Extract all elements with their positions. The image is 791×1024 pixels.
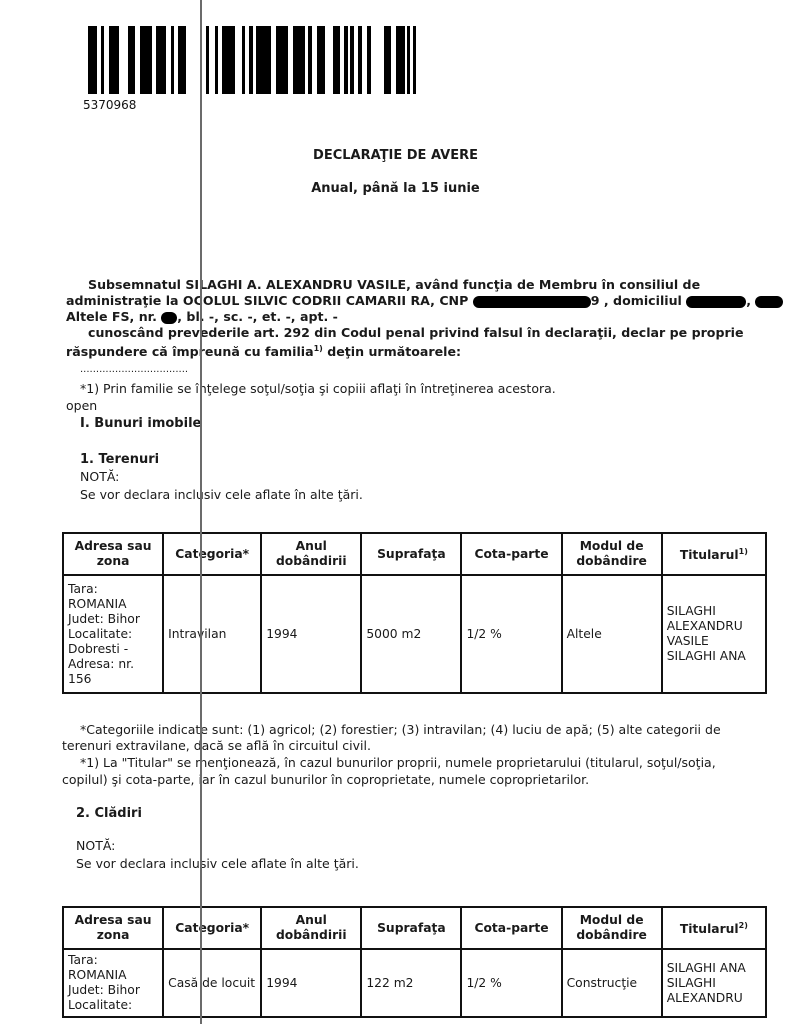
col-header-acquisition-mode: Modul de dobândire [562,907,662,949]
cell-acquisition-mode: Altele [562,575,662,693]
cell-category: Casă de locuit [163,949,261,1017]
document-title: DECLARAŢIE DE AVERE [0,148,791,163]
declaration-intro: Subsemnatul SILAGHI A. ALEXANDRU VASILE,… [66,277,746,360]
footnote-categories-2: terenuri extravilane, dacă se află în ci… [62,738,371,754]
land-table: Adresa sau zona Categoria* Anul dobândir… [62,532,767,694]
col-header-year: Anul dobândirii [261,907,361,949]
cell-address: Tara: ROMANIA Judet: Bihor Localitate: [63,949,163,1017]
col-header-address: Adresa sau zona [63,533,163,575]
intro-line-2-a: administraţie la OCOLUL SILVIC CODRII CA… [66,293,468,308]
cell-holder: SILAGHI ANA SILAGHI ALEXANDRU [662,949,766,1017]
note-text-buildings: Se vor declara inclusiv cele aflate în a… [76,856,359,872]
col-header-area: Suprafaţa [361,533,461,575]
buildings-table-header: Adresa sau zona Categoria* Anul dobândir… [63,907,766,949]
note-text-land: Se vor declara inclusiv cele aflate în a… [80,487,363,503]
intro-line-4: cunoscând prevederile art. 292 din Codul… [66,325,746,341]
holder-footnote-marker: 1) [739,547,748,556]
subsection-title-land: 1. Terenuri [80,452,159,468]
col-header-category: Categoria* [163,907,261,949]
note-label-buildings: NOTĂ: [76,838,115,854]
redacted-number [161,312,177,324]
redacted-cnp [473,296,591,308]
intro-line-2: administraţie la OCOLUL SILVIC CODRII CA… [66,293,746,309]
scan-artifact-vertical-line [200,0,202,1024]
barcode [88,26,358,98]
document-subtitle: Anual, până la 15 iunie [0,181,791,196]
cell-area: 5000 m2 [361,575,461,693]
holder-footnote-marker: 2) [739,921,748,930]
cell-acquisition-mode: Construcţie [562,949,662,1017]
intro-line-1: Subsemnatul SILAGHI A. ALEXANDRU VASILE,… [66,277,746,293]
intro-line-5: răspundere că împreună cu familia1) deţi… [66,341,746,360]
footnote-categories-1: *Categoriile indicate sunt: (1) agricol;… [80,722,721,738]
col-header-holder: Titularul1) [662,533,766,575]
subsection-title-buildings: 2. Clădiri [76,806,142,822]
table-row: Tara: ROMANIA Judet: Bihor Localitate: D… [63,575,766,693]
intro-line-2-b: 9 , domiciliul [591,293,682,308]
intro-line-5-a: răspundere că împreună cu familia [66,344,314,359]
land-table-header: Adresa sau zona Categoria* Anul dobândir… [63,533,766,575]
table-row: Tara: ROMANIA Judet: Bihor Localitate: C… [63,949,766,1017]
cell-share: 1/2 % [461,575,561,693]
col-header-category: Categoria* [163,533,261,575]
intro-line-3: Altele FS, nr. , bl. -, sc. -, et. -, ap… [66,309,746,325]
col-header-year: Anul dobândirii [261,533,361,575]
cell-address: Tara: ROMANIA Judet: Bihor Localitate: D… [63,575,163,693]
footnote-family: *1) Prin familie se înţelege soţul/soţia… [80,381,556,397]
cell-area: 122 m2 [361,949,461,1017]
col-header-area: Suprafaţa [361,907,461,949]
dotted-separator: .................................. [80,362,188,378]
redacted-locality [755,296,783,308]
cell-share: 1/2 % [461,949,561,1017]
footnote-holder-2: copilul) şi cota-parte, iar în cazul bun… [62,772,589,788]
section-title-real-estate: I. Bunuri imobile [80,416,201,432]
buildings-table: Adresa sau zona Categoria* Anul dobândir… [62,906,767,1018]
col-header-acquisition-mode: Modul de dobândire [562,533,662,575]
cell-category: Intravilan [163,575,261,693]
redacted-address [686,296,746,308]
col-header-holder: Titularul2) [662,907,766,949]
footnote-holder-1: *1) La "Titular" se menţionează, în cazu… [80,755,716,771]
intro-line-5-b: deţin următoarele: [323,344,461,359]
col-header-share: Cota-parte [461,907,561,949]
stray-text: open [66,398,97,414]
col-header-share: Cota-parte [461,533,561,575]
cell-year: 1994 [261,575,361,693]
barcode-number: 5370968 [83,98,136,112]
intro-line-3-a: Altele FS, nr. [66,309,157,324]
barcode-continued [358,26,478,98]
cell-year: 1994 [261,949,361,1017]
note-label-land: NOTĂ: [80,469,119,485]
col-header-address: Adresa sau zona [63,907,163,949]
footnote-marker: 1) [314,344,323,353]
cell-holder: SILAGHI ALEXANDRU VASILE SILAGHI ANA [662,575,766,693]
holder-label: Titularul [680,923,739,937]
holder-label: Titularul [680,549,739,563]
